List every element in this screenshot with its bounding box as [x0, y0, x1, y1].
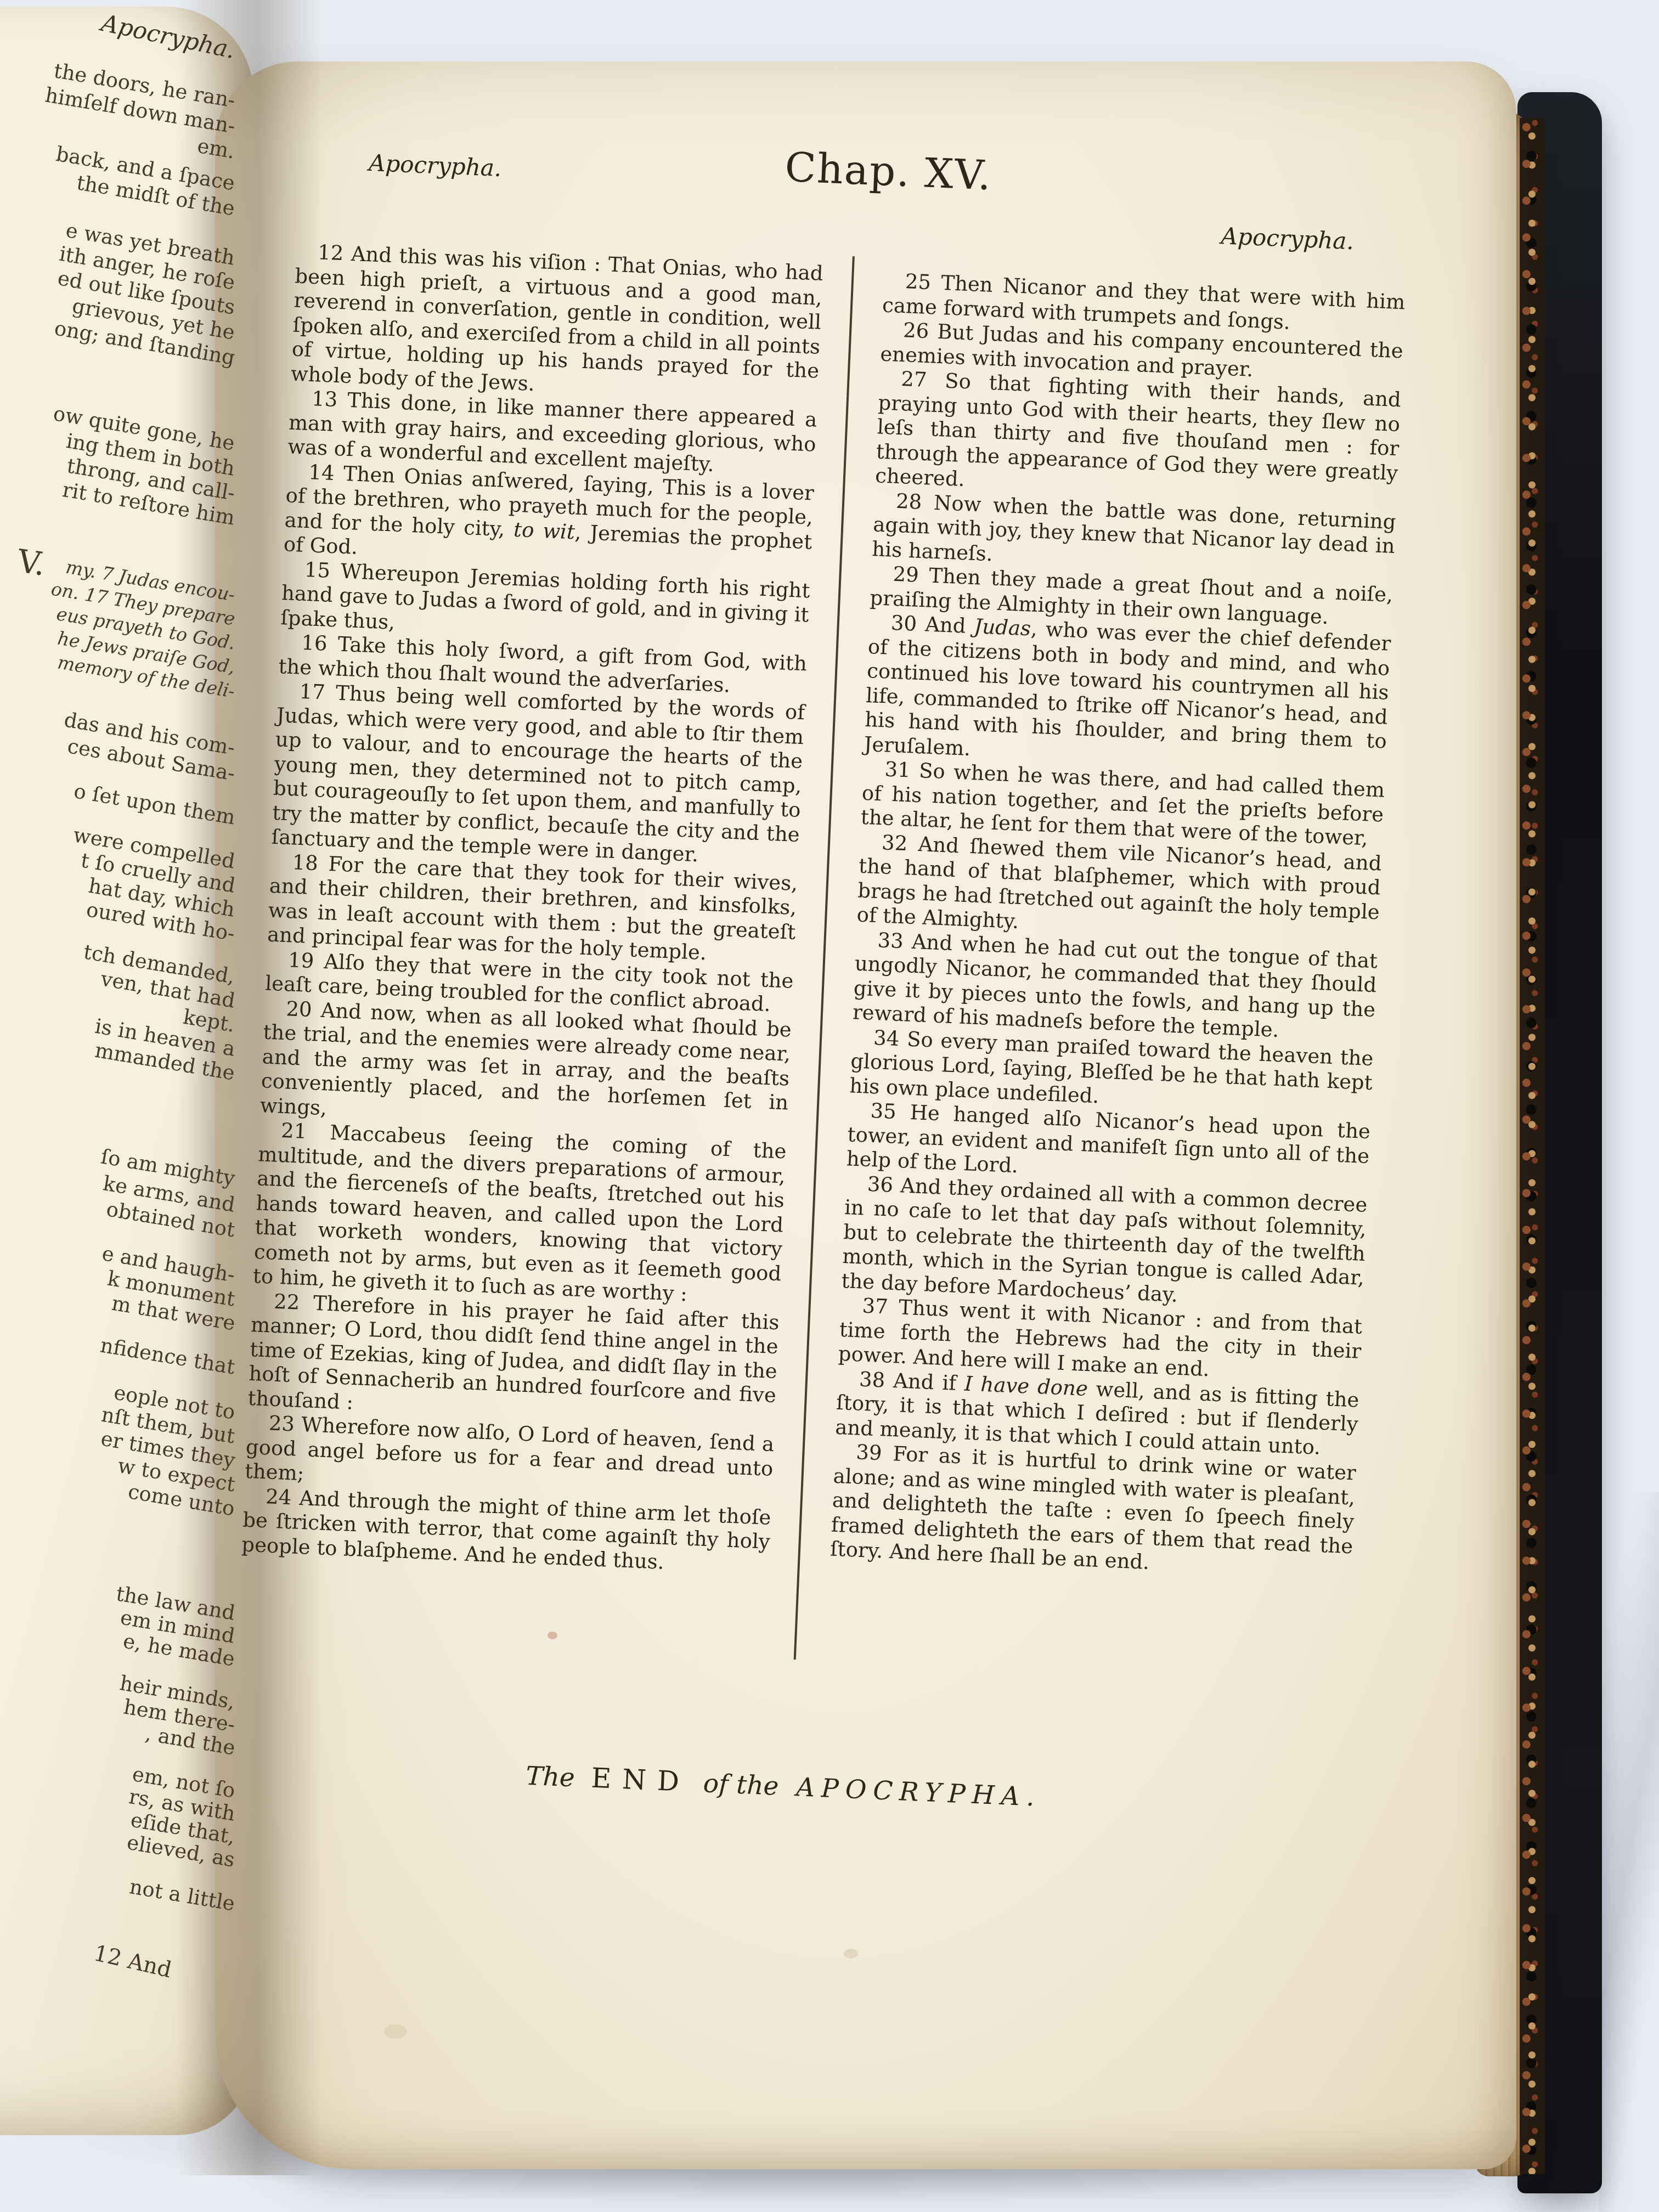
verse-30: 30 And Judas, who was ever the chief def… [864, 610, 1391, 778]
column-left: 12 And this was his viſion : That Onias,… [241, 240, 824, 1579]
verse-number: 37 [862, 1294, 889, 1319]
verse-number: 33 [877, 928, 904, 953]
verse-text: And they ordained all with a common decr… [841, 1173, 1368, 1306]
running-title-right: Apocrypha. [1221, 222, 1355, 255]
verse-number: 26 [902, 318, 929, 343]
end-of-apocrypha-line: TheENDof theAPOCRYPHA. [232, 1747, 1335, 1825]
verse-number: 30 [890, 611, 917, 636]
verse-text: Thus being well comforted by the words o… [271, 681, 805, 866]
verse-number: 24 [265, 1485, 292, 1509]
fragment-line: em. [196, 136, 236, 162]
footer-word-of-the: of the [703, 1768, 780, 1802]
fragment-chapter-numeral: V. [15, 545, 47, 580]
verse-number: 35 [870, 1099, 897, 1124]
verse-17: 17 Thus being well comforted by the word… [271, 679, 805, 872]
verse-text: Maccabeus ſeeing the coming of the multi… [252, 1121, 787, 1306]
verse-text: And [924, 612, 974, 638]
footer-word-end: END [591, 1762, 691, 1798]
verse-number: 13 [311, 387, 338, 411]
verse-21: 21 Maccabeus ſeeing the coming of the mu… [252, 1118, 787, 1311]
verse-number: 32 [881, 831, 908, 855]
fragment-line: o ſet upon them [72, 781, 236, 828]
background-shadow-crease [1599, 1492, 1659, 2212]
verse-22: 22 Therefore in his prayer he ſaid after… [247, 1289, 780, 1433]
verse-text: For the care that they took for their wi… [267, 852, 798, 964]
verse-number: 19 [287, 948, 314, 973]
verse-text: And this was his viſion : That Onias, wh… [290, 242, 823, 396]
verse-number: 21 [280, 1119, 307, 1143]
verse-number: 39 [856, 1440, 883, 1465]
verse-text-italic: I have done [964, 1372, 1088, 1400]
fragment-running-title: Apocrypha. [99, 12, 237, 63]
verse-number: 22 [273, 1289, 300, 1314]
footer-word-apocrypha: APOCRYPHA. [795, 1772, 1041, 1813]
verse-text: And now, when as all looked what ſhould … [259, 998, 792, 1120]
verse-text: And when he had cut out the tongue of th… [852, 929, 1378, 1042]
verse-12: 12 And this was his viſion : That Onias,… [290, 240, 823, 408]
verse-number: 23 [268, 1411, 295, 1436]
verse-number: 38 [859, 1367, 885, 1392]
verse-number: 29 [893, 562, 919, 587]
verse-number: 15 [304, 557, 331, 582]
fragment-line: nfidence that [99, 1335, 236, 1377]
verse-text: For as it is hurtful to drink wine or wa… [830, 1442, 1356, 1574]
verse-text: And if [893, 1369, 965, 1395]
verse-number: 14 [308, 460, 335, 485]
verse-text: Therefore in his prayer he ſaid after th… [247, 1291, 780, 1414]
verse-number: 36 [867, 1172, 894, 1197]
footer-word-the: The [525, 1761, 575, 1793]
verse-text: , who was ever the chief defender of the… [864, 617, 1391, 760]
verse-number: 18 [292, 850, 319, 875]
verse-number: 25 [905, 269, 932, 294]
verse-number: 20 [286, 997, 313, 1022]
printed-content: Apocrypha. Chap. XV. Apocrypha. 12 And t… [204, 117, 1501, 1950]
verse-text-italic: Judas [974, 614, 1031, 640]
verse-number: 12 [317, 240, 344, 265]
verse-text: So that fighting with their hands, and p… [874, 369, 1401, 491]
verse-number: 27 [901, 367, 928, 392]
verse-number: 17 [299, 680, 326, 704]
verse-number: 34 [873, 1026, 900, 1051]
verse-36: 36 And they ordained all with a common d… [841, 1171, 1368, 1315]
verse-number: 31 [884, 757, 911, 782]
verse-number: 16 [301, 631, 328, 656]
verse-27: 27 So that fighting with their hands, an… [874, 366, 1401, 510]
verse-number: 28 [895, 489, 922, 513]
catchword: 12 And [92, 1942, 173, 1981]
verse-39: 39 For as it is hurtful to drink wine or… [830, 1440, 1356, 1583]
column-right: 25 Then Nicanor and they that were with … [830, 269, 1406, 1583]
marbled-edge-strip [1520, 118, 1545, 2174]
verse-20: 20 And now, when as all looked what ſhou… [259, 996, 792, 1140]
verse-text-italic: to wit [513, 517, 575, 544]
